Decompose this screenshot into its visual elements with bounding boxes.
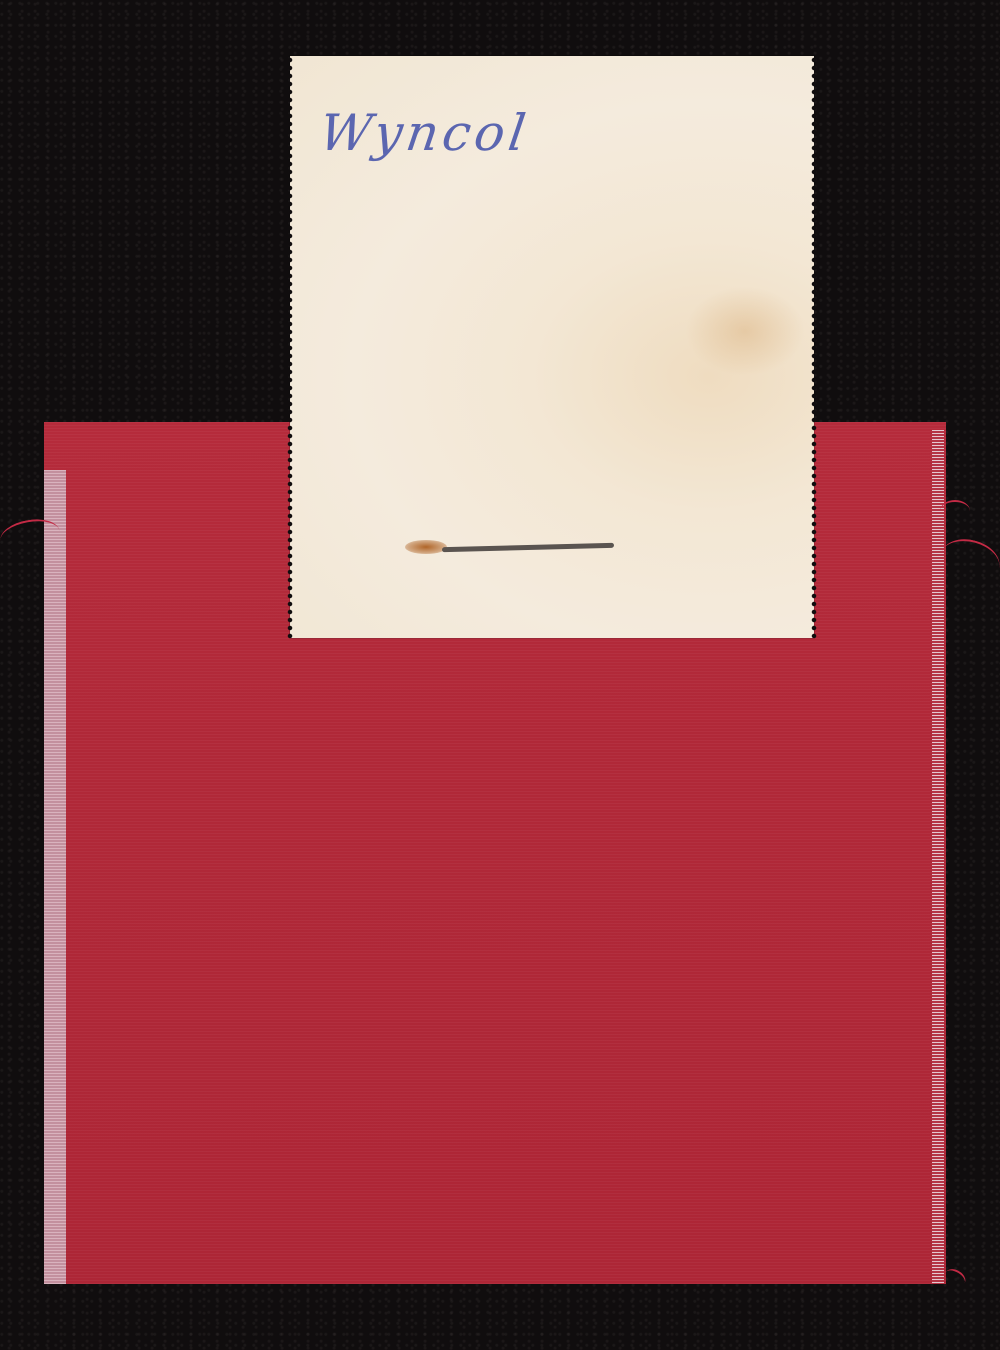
staple — [442, 543, 614, 553]
handwritten-label-text: Wyncol — [316, 104, 533, 162]
rust-stain — [405, 540, 447, 554]
label-stain — [685, 286, 805, 376]
paper-label: Wyncol — [290, 56, 814, 638]
fabric-left-selvedge — [44, 470, 66, 1284]
loose-thread — [940, 500, 970, 522]
